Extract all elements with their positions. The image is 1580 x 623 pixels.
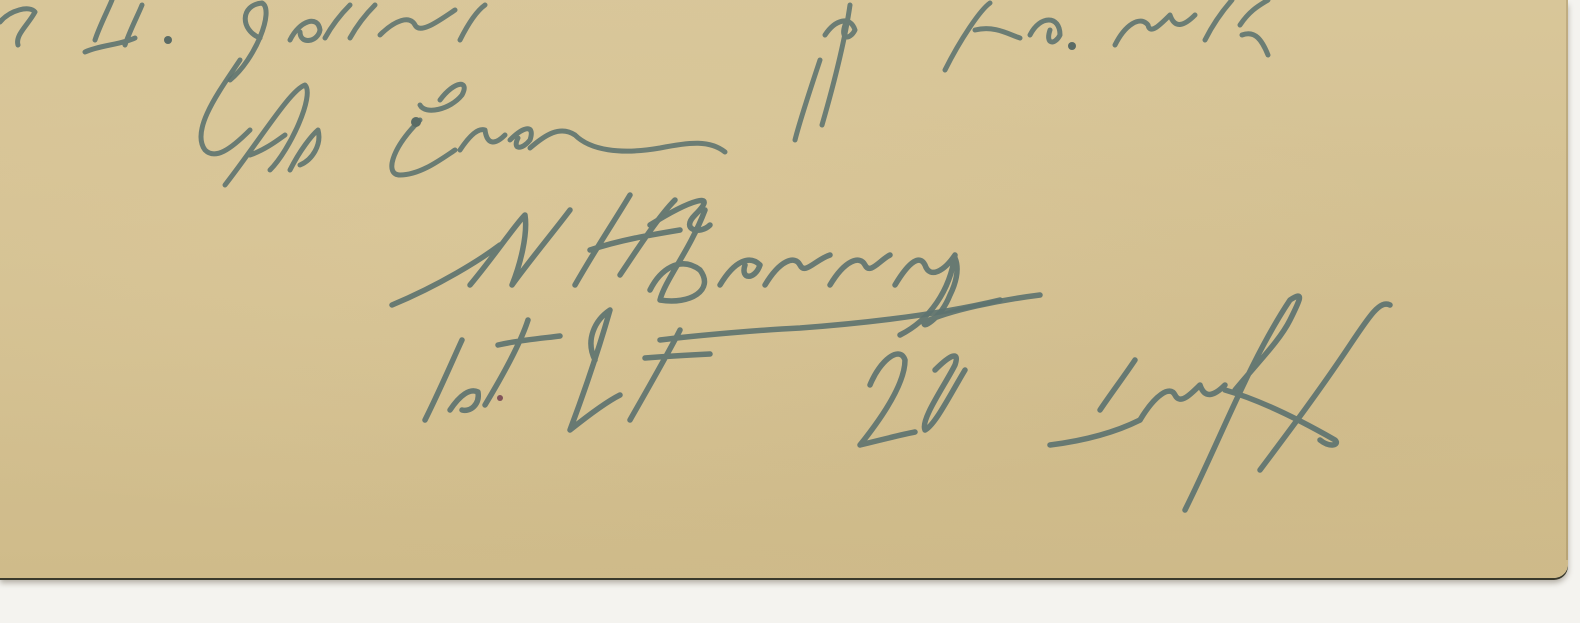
handwriting-line-1 [0, 0, 1268, 125]
handwriting-line-2 [201, 60, 820, 185]
handwriting-ink [0, 0, 1580, 623]
